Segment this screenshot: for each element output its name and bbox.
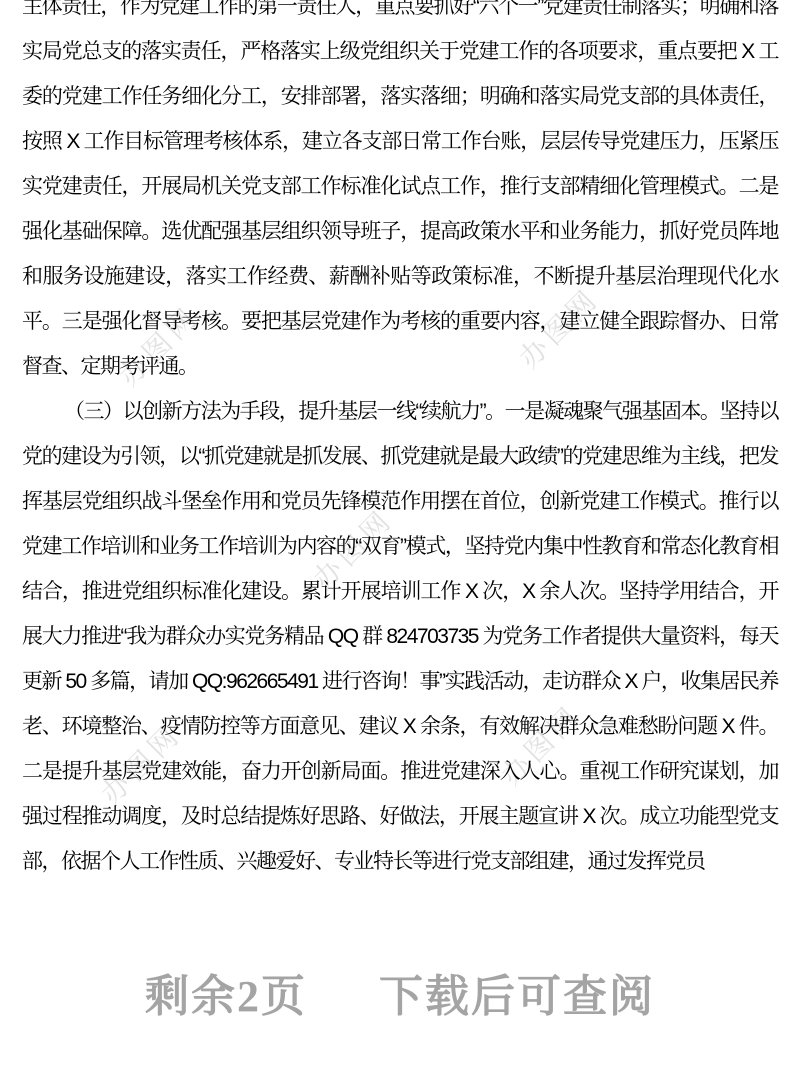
paragraph: 主体责任，作为党建工作的第一责任人，重点要抓好“六个一”党建责任制落实；明确和落… (22, 0, 778, 389)
paragraph: （三）以创新方法为手段，提升基层一线“续航力”。一是凝魂聚气强基固本。坚持以党的… (22, 389, 778, 884)
download-hint-label: 下载后可查阅 (379, 960, 655, 1024)
preview-footer: 剩余2页 下载后可查阅 (0, 960, 800, 1024)
document-body: 主体责任，作为党建工作的第一责任人，重点要抓好“六个一”党建责任制落实；明确和落… (22, 0, 778, 884)
remaining-pages-label: 剩余2页 (145, 960, 307, 1024)
document-page: 办图网 办图网 办图网 办图网 办图网 主体责任，作为党建工作的第一责任人，重点… (0, 0, 800, 1068)
